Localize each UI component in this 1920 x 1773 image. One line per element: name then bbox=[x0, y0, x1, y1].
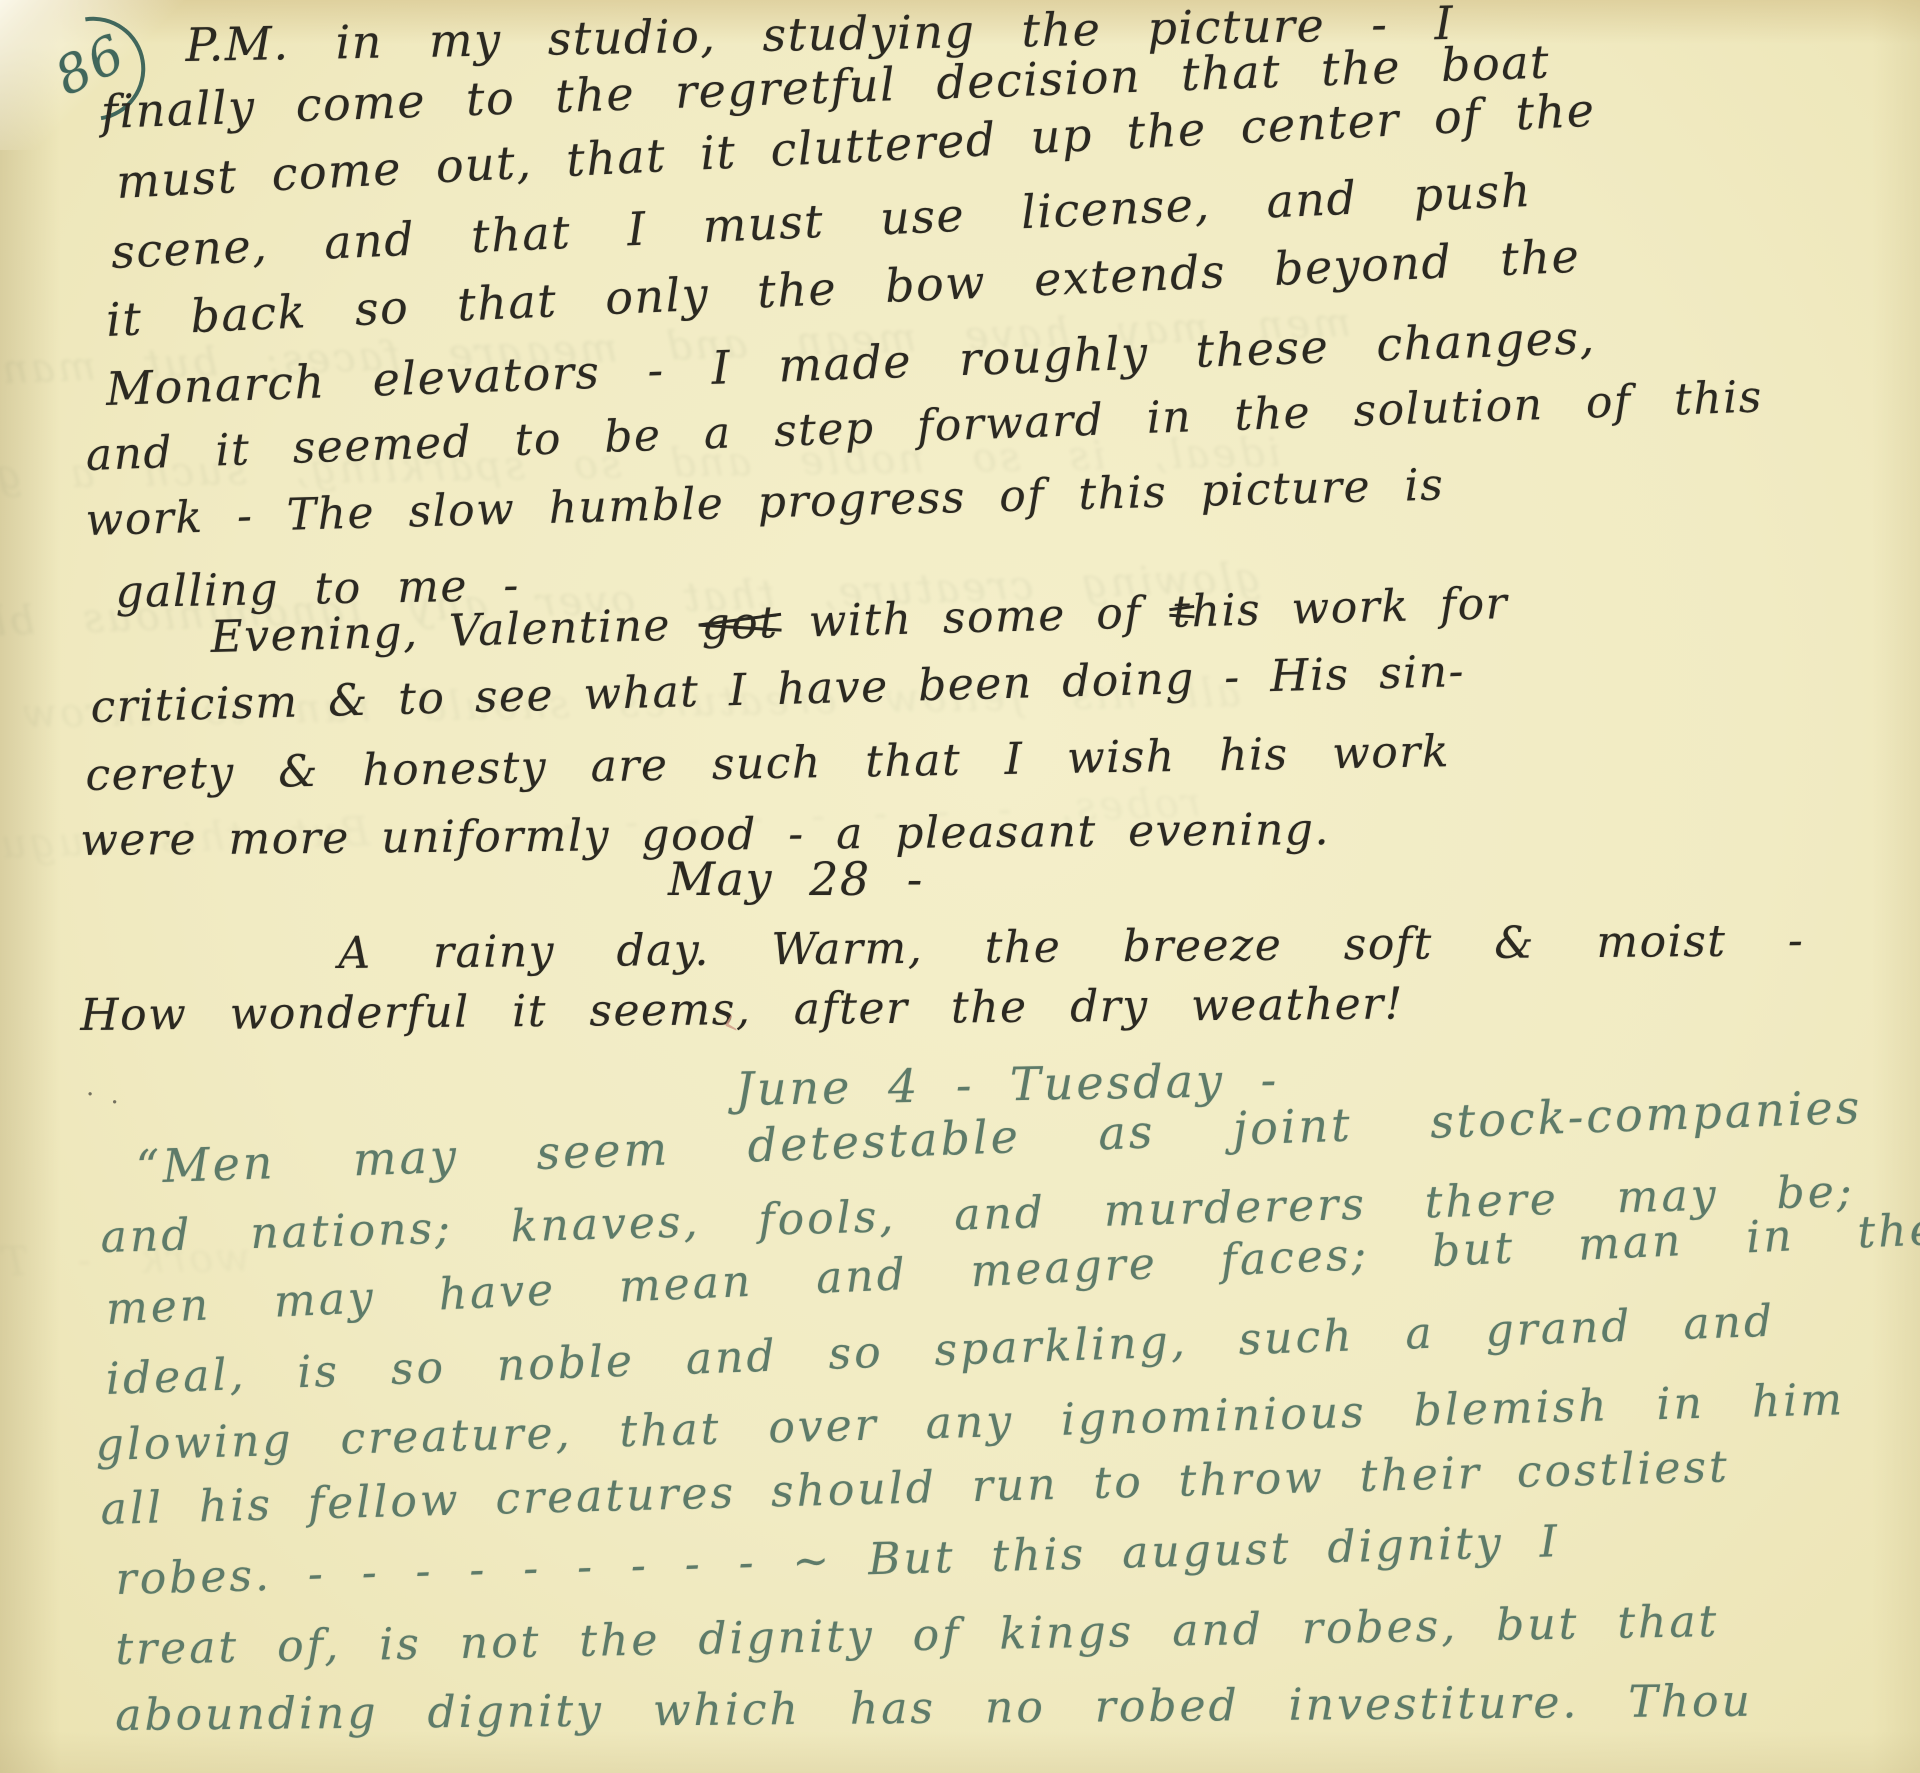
line-text: his work for bbox=[1191, 578, 1509, 637]
line-text: May 28 - bbox=[668, 852, 924, 906]
line-text: with some of bbox=[778, 587, 1174, 648]
margin-ink-dots: · . bbox=[86, 1080, 123, 1110]
journal-page: men may have mean and meagre faces; but … bbox=[0, 0, 1920, 1773]
handwritten-line: May 28 - bbox=[668, 852, 924, 906]
scribbled-out-word: t bbox=[1172, 586, 1193, 637]
scribbled-out-word: got bbox=[701, 597, 779, 650]
